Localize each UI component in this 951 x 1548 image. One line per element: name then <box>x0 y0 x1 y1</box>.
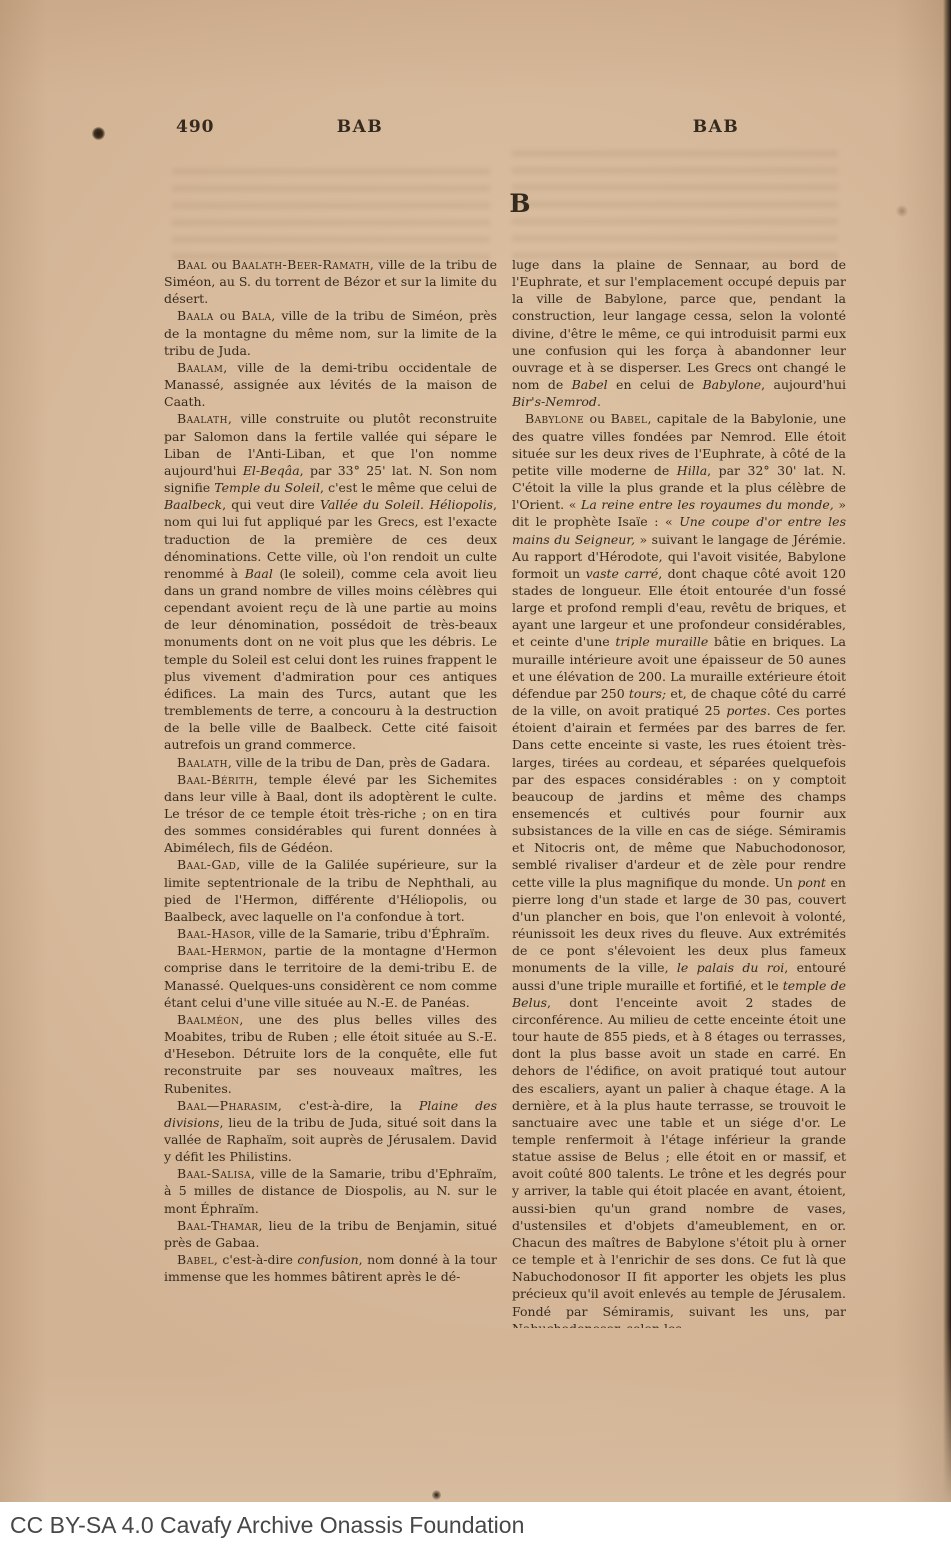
italic-text: La reine entre les royaumes du monde, <box>581 497 834 512</box>
entry-paragraph: Baal-Salisa, ville de la Samarie, tribu … <box>164 1165 497 1216</box>
page-number: 490 <box>176 117 215 137</box>
entry-paragraph: Baal—Pharasim, c'est-à-dire, la Plaine d… <box>164 1097 497 1166</box>
body-text: , ville de la Samarie, tribu d'Éphraïm. <box>251 926 490 941</box>
verso-text-bleed <box>172 168 490 264</box>
running-title-left: BAB <box>337 117 383 137</box>
body-text: ou <box>584 411 610 426</box>
body-text: (le soleil), comme cela avoit lieu dans … <box>164 566 497 753</box>
italic-text: Hilla <box>677 463 707 478</box>
body-text: , dont l'enceinte avoit 2 stades de circ… <box>512 995 846 1328</box>
italic-text: confusion <box>297 1252 358 1267</box>
entry-paragraph: Babylone ou Babel, capitale de la Babylo… <box>512 410 846 1328</box>
license-bar: CC BY-SA 4.0 Cavafy Archive Onassis Foun… <box>0 1502 951 1548</box>
running-title-right: BAB <box>693 117 739 137</box>
scanned-book-page: 490 BAB BAB B Baal ou Baalath-Beer-Ramat… <box>0 0 951 1548</box>
entry-term: Baal-Salisa <box>177 1166 251 1181</box>
body-text: , aujourd'hui <box>761 377 846 392</box>
entry-paragraph: Baalath, ville construite ou plutôt reco… <box>164 410 497 753</box>
entry-paragraph: luge dans la plaine de Sennaar, au bord … <box>512 256 846 410</box>
entry-term: Baalath <box>177 411 228 426</box>
body-text: , c'est-à-dire, la <box>278 1098 419 1113</box>
entry-term: Baalath-Beer-Ramath <box>232 257 370 272</box>
entry-term: Baal-Gad <box>177 857 236 872</box>
entry-term: Babylone <box>525 411 584 426</box>
entry-paragraph: Baal-Hermon, partie de la montagne d'Her… <box>164 942 497 1011</box>
entry-term: Baalméon <box>177 1012 239 1027</box>
entry-term: Baal <box>177 257 207 272</box>
entry-term: Baalam <box>177 360 223 375</box>
italic-text: Babel <box>572 377 608 392</box>
italic-text: portes <box>726 703 766 718</box>
italic-text: triple muraille <box>615 634 708 649</box>
entry-term: Babel <box>611 411 648 426</box>
body-text: . <box>597 394 601 409</box>
italic-text: vaste carré <box>586 566 659 581</box>
body-text: , ville de la tribu de Dan, près de Gada… <box>228 755 490 770</box>
entry-paragraph: Baalméon, une des plus belles villes des… <box>164 1011 497 1097</box>
text-column-right: luge dans la plaine de Sennaar, au bord … <box>512 256 846 1328</box>
section-letter: B <box>509 189 530 218</box>
italic-text: Vallée du Soleil. Héliopolis <box>320 497 493 512</box>
entry-term: Baal-Bérith <box>177 772 254 787</box>
italic-text: tours; <box>629 686 666 701</box>
entry-term: Baal—Pharasim <box>177 1098 278 1113</box>
text-column-left: Baal ou Baalath-Beer-Ramath, ville de la… <box>164 256 497 1328</box>
entry-term: Baal-Hermon <box>177 943 263 958</box>
ink-spot <box>896 205 908 217</box>
italic-text: Temple du Soleil <box>214 480 320 495</box>
entry-paragraph: Baal-Gad, ville de la Galilée supérieure… <box>164 856 497 925</box>
entry-paragraph: Baala ou Bala, ville de la tribu de Simé… <box>164 307 497 358</box>
body-text: en celui de <box>608 377 703 392</box>
italic-text: Baal <box>245 566 273 581</box>
body-text: luge dans la plaine de Sennaar, au bord … <box>512 257 846 392</box>
ink-spot <box>92 127 105 140</box>
entry-paragraph: Baal-Thamar, lieu de la tribu de Benjami… <box>164 1217 497 1251</box>
entry-paragraph: Baal-Hasor, ville de la Samarie, tribu d… <box>164 925 497 942</box>
body-text: ou <box>207 257 232 272</box>
body-text: , c'est le même que celui de <box>320 480 497 495</box>
entry-paragraph: Baalath, ville de la tribu de Dan, près … <box>164 754 497 771</box>
entry-term: Babel <box>177 1252 214 1267</box>
body-text: , qui veut dire <box>222 497 320 512</box>
entry-paragraph: Baal-Bérith, temple élevé par les Sichem… <box>164 771 497 857</box>
entry-term: Baalath <box>177 755 228 770</box>
entry-paragraph: Baal ou Baalath-Beer-Ramath, ville de la… <box>164 256 497 307</box>
entry-paragraph: Babel, c'est-à-dire confusion, nom donné… <box>164 1251 497 1285</box>
italic-text: Babylone <box>702 377 761 392</box>
entry-term: Bala <box>242 308 272 323</box>
license-text: CC BY-SA 4.0 Cavafy Archive Onassis Foun… <box>10 1512 524 1539</box>
entry-term: Baala <box>177 308 214 323</box>
entry-paragraph: Baalam, ville de la demi-tribu occidenta… <box>164 359 497 410</box>
italic-text: pont <box>797 875 826 890</box>
italic-text: El-Beqâa <box>243 463 300 478</box>
italic-text: Bir's-Nemrod <box>512 394 597 409</box>
body-text: . Ces portes étoient d'airain et fermées… <box>512 703 846 890</box>
entry-term: Baal-Hasor <box>177 926 251 941</box>
body-text: ou <box>214 308 242 323</box>
verso-text-bleed <box>512 150 838 262</box>
page-edge-shadow <box>943 0 951 1502</box>
italic-text: le palais du roi <box>677 960 784 975</box>
entry-term: Baal-Thamar <box>177 1218 259 1233</box>
italic-text: Baalbeck <box>164 497 222 512</box>
body-text: , c'est-à-dire <box>214 1252 298 1267</box>
ink-spot <box>432 1490 441 1500</box>
